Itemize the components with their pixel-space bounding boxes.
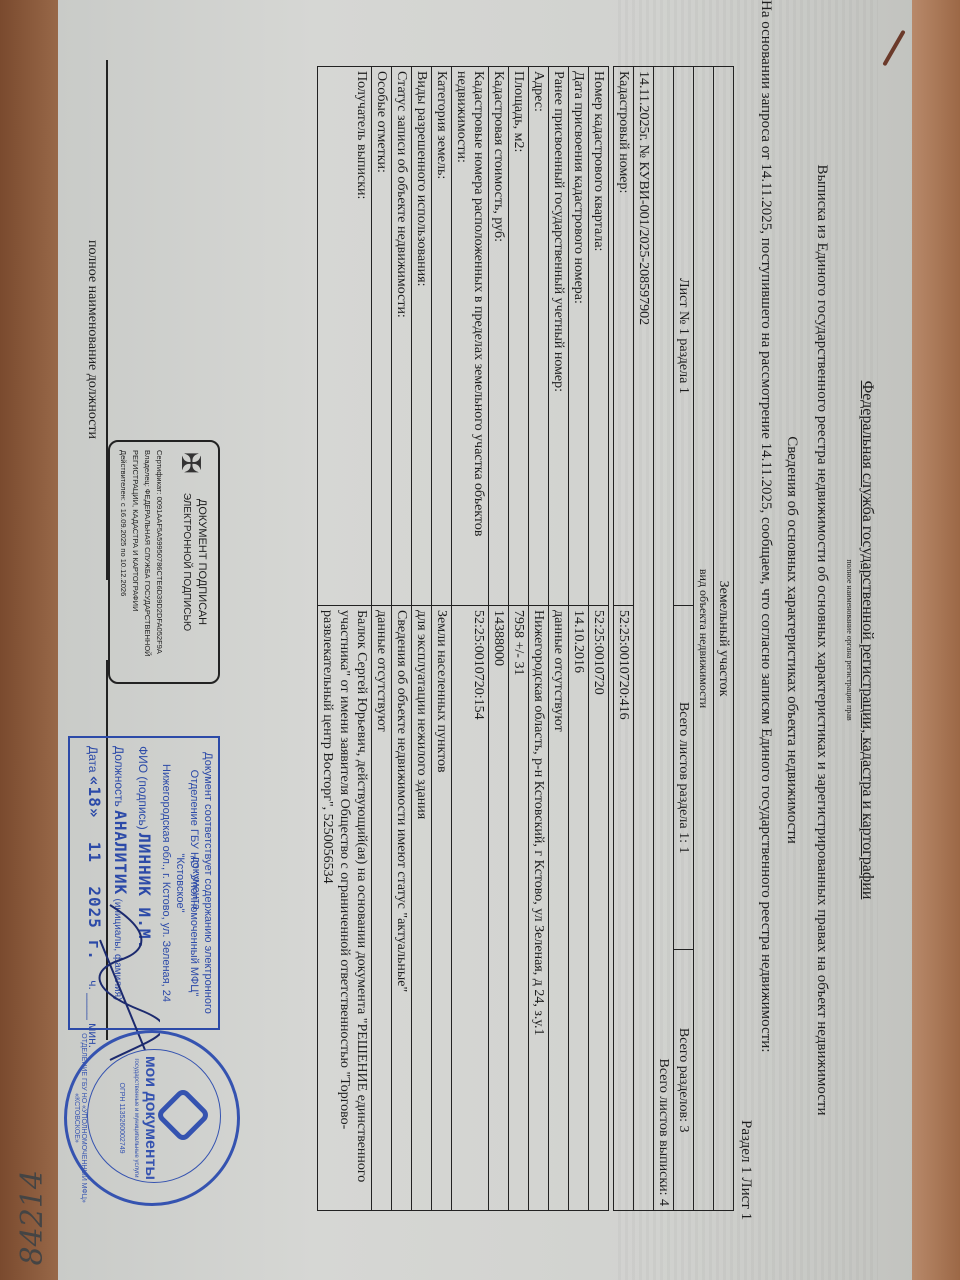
stamp-brand: мои документы xyxy=(141,1033,159,1203)
field-label: Дата присвоения кадастрового номера: xyxy=(569,67,589,606)
document-subtitle: Сведения об основных характеристиках объ… xyxy=(783,0,800,1280)
stamp-line-3: "Кстовское" xyxy=(174,738,186,1028)
field-value: 14388000 xyxy=(489,606,509,1211)
cadastral-number-label: Кадастровый номер: xyxy=(614,67,634,606)
electronic-signature-badge: ✠ ДОКУМЕНТ ПОДПИСАН ЭЛЕКТРОННОЙ ПОДПИСЬЮ… xyxy=(108,440,220,684)
field-value: Сведения об объекте недвижимости имеют с… xyxy=(392,606,412,1211)
position-caption: полное наименование должности xyxy=(84,240,100,439)
field-label: Статус записи об объекте недвижимости: xyxy=(392,67,412,606)
table-row: Получатель выписки:Балюк Сергей Юрьевич,… xyxy=(318,67,372,1211)
stamp-ogrn: ОГРН 1135260002749 xyxy=(118,1033,125,1203)
sheet-number: Лист № 1 раздела 1 xyxy=(674,67,694,606)
field-label: Кадастровые номера расположенных в преде… xyxy=(452,67,489,606)
field-value: для эксплуатации нежилого здания xyxy=(412,606,432,1211)
sections-total: Всего разделов: 3 xyxy=(674,950,694,1211)
field-value: 52:25:0010720:154 xyxy=(452,606,489,1211)
stamp-brand-caption: государственные и муниципальные услуги xyxy=(133,1033,139,1203)
field-value: 7958 +/- 31 xyxy=(509,606,529,1211)
table-row: Статус записи об объекте недвижимости:Св… xyxy=(392,67,412,1211)
table-row: Номер кадастрового квартала:52:25:001072… xyxy=(589,67,609,1211)
cadastral-number-value: 52:25:0010720:416 xyxy=(614,606,634,1211)
esign-owner: Владелец: ФЕДЕРАЛЬНАЯ СЛУЖБА ГОСУДАРСТВЕ… xyxy=(143,450,152,657)
table-row: Дата присвоения кадастрового номера:14.1… xyxy=(569,67,589,1211)
agency-name: Федеральная служба государственной регис… xyxy=(858,0,876,1280)
field-label: Кадастровая стоимость, руб: xyxy=(489,67,509,606)
date-label: Дата xyxy=(86,746,100,773)
mfc-round-stamp: мои документы государственные и муниципа… xyxy=(64,1030,240,1206)
sheets-in-section: Всего листов раздела 1: 1 xyxy=(674,606,694,950)
handwritten-number: 84214 xyxy=(15,1170,50,1265)
field-label: Ранее присвоенный государственный учетны… xyxy=(549,67,569,606)
property-table: Земельный участок вид объекта недвижимос… xyxy=(317,66,734,1211)
table-row: Кадастровая стоимость, руб:14388000 xyxy=(489,67,509,1211)
field-label: Виды разрешенного использования: xyxy=(412,67,432,606)
field-value: 52:25:0010720 xyxy=(589,606,609,1211)
object-type: Земельный участок xyxy=(714,67,734,1211)
stamp-ring-text: ОТДЕЛЕНИЕ ГБУ НО «УПОЛНОМОЧЕННЫЙ МФЦ» «К… xyxy=(73,1033,87,1203)
position-value: АНАЛИТИК xyxy=(111,810,130,895)
field-value: Нижегородская область, р-н Кстовский, г … xyxy=(529,606,549,1211)
sheets-total: Всего листов выписки: 4 xyxy=(654,67,674,1211)
table-spacer xyxy=(609,67,614,1211)
fields-list: Номер кадастрового квартала:52:25:001072… xyxy=(318,67,609,1211)
field-value: данные отсутствуют xyxy=(549,606,569,1211)
field-value: данные отсутствуют xyxy=(372,606,392,1211)
date-day: «18» xyxy=(85,776,104,819)
section-label: Раздел 1 Лист 1 xyxy=(737,1120,754,1220)
field-value: Земли населенных пунктов xyxy=(432,606,452,1211)
stamp-line-2: Отделение ГБУ НО "Уполномоченный МФЦ" xyxy=(188,738,200,1028)
field-label: Особые отметки: xyxy=(372,67,392,606)
table-row: Ранее присвоенный государственный учетны… xyxy=(549,67,569,1211)
request-reference: 14.11.2025г. № КУВИ-001/2025-208597902 xyxy=(634,67,654,1211)
date-month: 11 xyxy=(85,842,104,863)
esign-subtitle: ЭЛЕКТРОННОЙ ПОДПИСЬЮ xyxy=(181,442,192,682)
esign-certificate: Сертификат: 0091AAF5A59950786CTE6D39D2DF… xyxy=(155,450,164,654)
table-row: Площадь, м2:7958 +/- 31 xyxy=(509,67,529,1211)
table-row: Виды разрешенного использования:для эксп… xyxy=(412,67,432,1211)
object-type-caption: вид объекта недвижимости xyxy=(694,67,714,1211)
document-page: Федеральная служба государственной регис… xyxy=(60,0,920,1280)
field-label: Площадь, м2: xyxy=(509,67,529,606)
table-row: Кадастровые номера расположенных в преде… xyxy=(452,67,489,1211)
field-value: 14.10.2016 xyxy=(569,606,589,1211)
stamp-line-4: Нижегородская обл., г. Кстово, ул. Зелен… xyxy=(160,738,172,1028)
position-label: Должность xyxy=(112,746,126,807)
esign-title: ДОКУМЕНТ ПОДПИСАН xyxy=(196,442,208,682)
document-title: Выписка из Единого государственного реес… xyxy=(813,0,830,1280)
field-value: Балюк Сергей Юрьевич, действующий(ая) на… xyxy=(318,606,372,1211)
table-row: Категория земель:Земли населенных пункто… xyxy=(432,67,452,1211)
esign-validity: Действителен: с 16.09.2025 по 10.12.2026 xyxy=(119,450,128,596)
staple-icon xyxy=(882,30,905,67)
table-row: Особые отметки:данные отсутствуют xyxy=(372,67,392,1211)
esign-owner-2: РЕГИСТРАЦИИ, КАДАСТРА И КАРТОГРАФИИ xyxy=(131,450,140,611)
agency-caption: полное наименование органа регистрации п… xyxy=(845,0,854,1280)
field-label: Получатель выписки: xyxy=(318,67,372,606)
request-basis: На основании запроса от 14.11.2025, пост… xyxy=(757,0,774,1052)
field-label: Номер кадастрового квартала: xyxy=(589,67,609,606)
desk-surface-left xyxy=(0,0,62,1280)
fio-label: ФИО (подпись) xyxy=(136,746,150,830)
field-label: Категория земель: xyxy=(432,67,452,606)
table-row: Адрес:Нижегородская область, р-н Кстовск… xyxy=(529,67,549,1211)
field-label: Адрес: xyxy=(529,67,549,606)
